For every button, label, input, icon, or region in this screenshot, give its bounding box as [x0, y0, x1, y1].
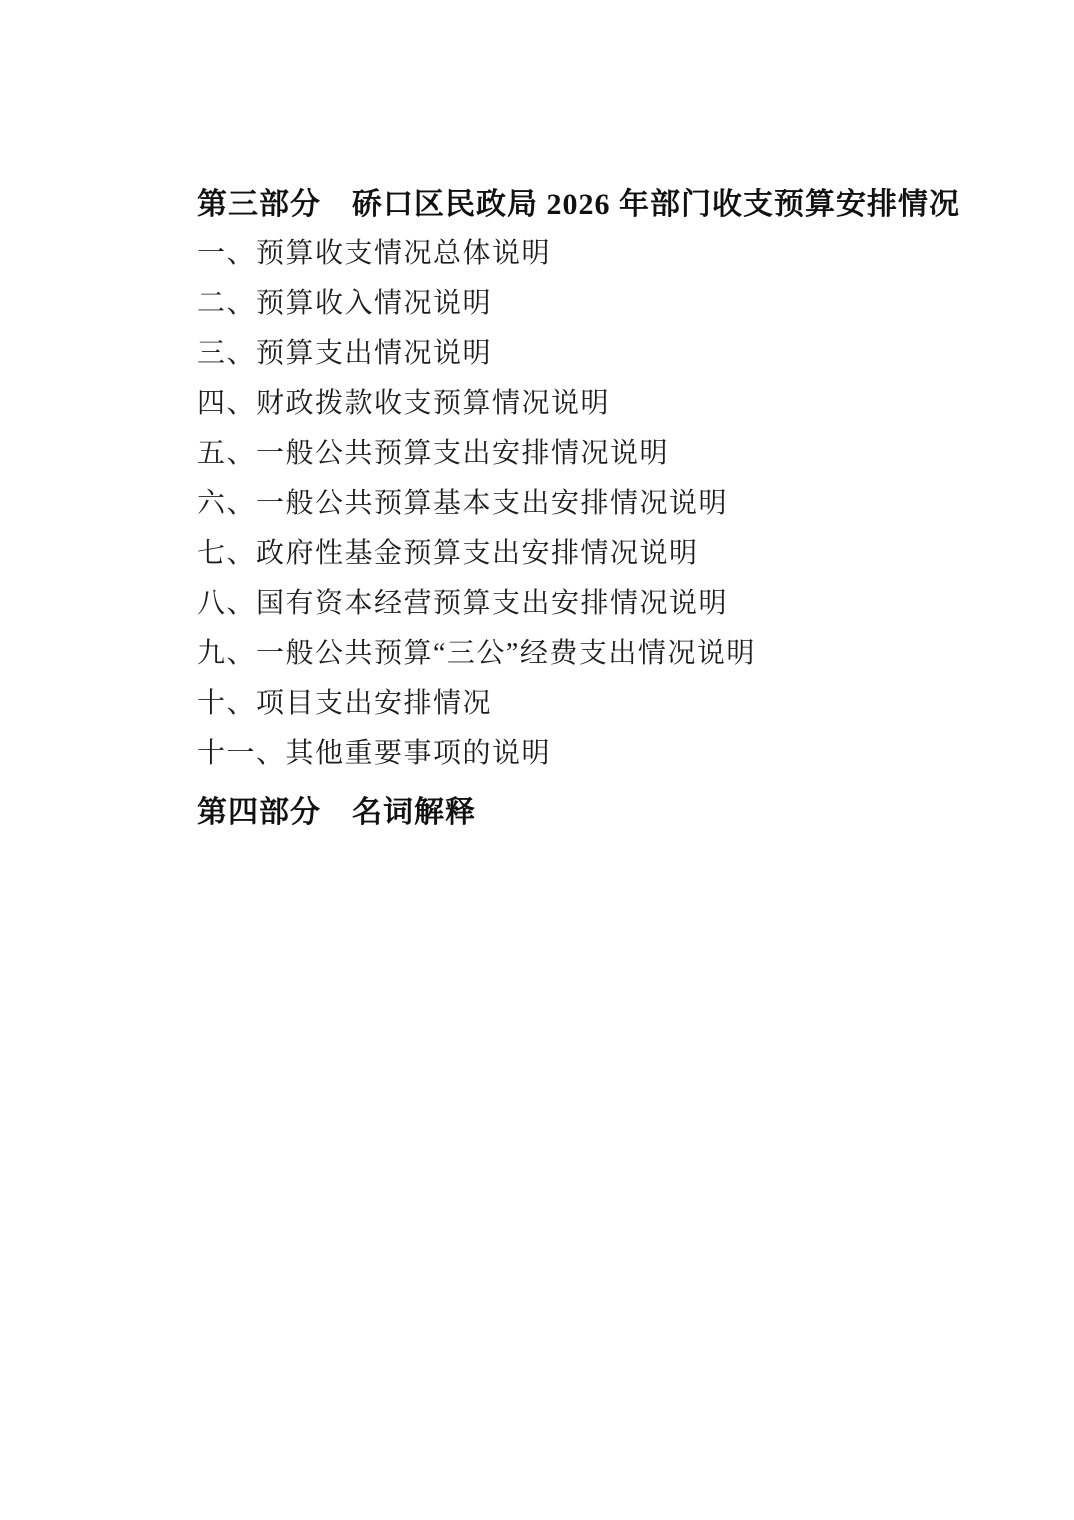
toc-item-4: 四、财政拨款收支预算情况说明 [197, 379, 964, 429]
toc-item-3: 三、预算支出情况说明 [197, 329, 964, 379]
toc-item-1: 一、预算收支情况总体说明 [197, 229, 964, 279]
toc-item-6: 六、一般公共预算基本支出安排情况说明 [197, 479, 964, 529]
table-of-contents: 一、预算收支情况总体说明 二、预算收入情况说明 三、预算支出情况说明 四、财政拨… [197, 229, 964, 779]
toc-item-9: 九、一般公共预算“三公”经费支出情况说明 [197, 629, 964, 679]
document-page: 第三部分 硚口区民政局 2026 年部门收支预算安排情况 一、预算收支情况总体说… [0, 0, 1074, 1520]
section-heading-part4: 第四部分 名词解释 [197, 794, 964, 832]
toc-item-8: 八、国有资本经营预算支出安排情况说明 [197, 579, 964, 629]
toc-item-11: 十一、其他重要事项的说明 [197, 729, 964, 779]
document-content: 第三部分 硚口区民政局 2026 年部门收支预算安排情况 一、预算收支情况总体说… [197, 186, 964, 832]
toc-item-10: 十、项目支出安排情况 [197, 679, 964, 729]
toc-item-7: 七、政府性基金预算支出安排情况说明 [197, 529, 964, 579]
toc-item-5: 五、一般公共预算支出安排情况说明 [197, 429, 964, 479]
section-heading-part3: 第三部分 硚口区民政局 2026 年部门收支预算安排情况 [197, 186, 964, 224]
toc-item-2: 二、预算收入情况说明 [197, 279, 964, 329]
